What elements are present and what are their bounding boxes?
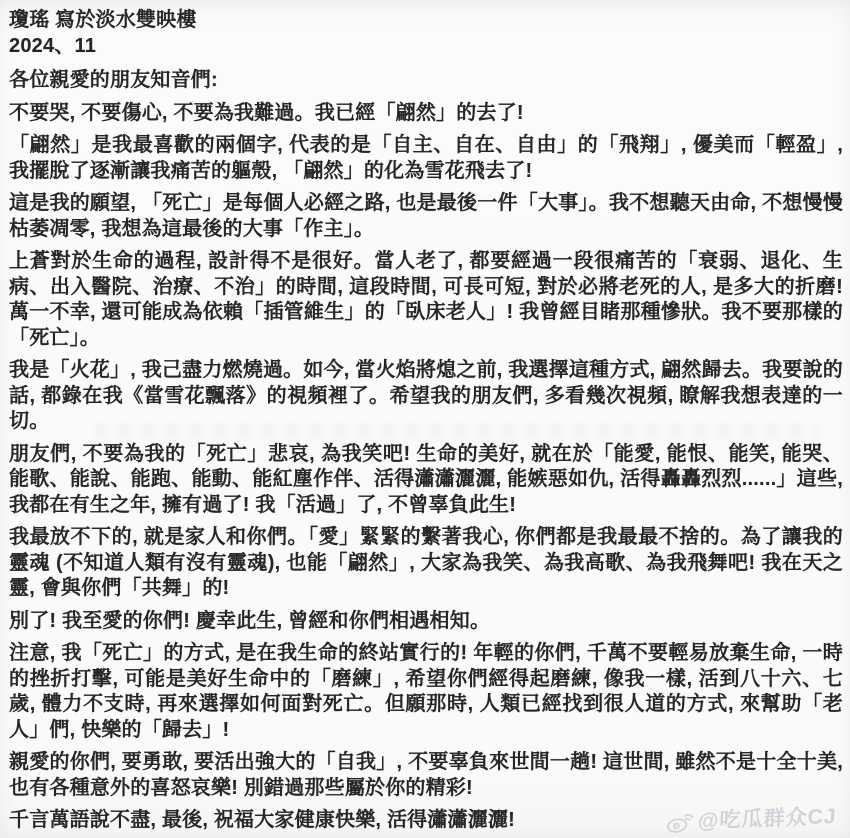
- paragraph-6: 朋友們, 不要為我的「死亡」悲哀, 為我笑吧! 生命的美好, 就在於「能愛, 能…: [9, 442, 843, 519]
- paragraph-2: 「翩然」是我最喜歡的兩個字, 代表的是「自主、自在、自由」的「飛翔」, 優美而「…: [9, 133, 843, 184]
- weibo-icon: [666, 809, 694, 834]
- paragraph-10: 親愛的你們, 要勇敢, 要活出強大的「自我」, 不要辜負來世間一趟! 這世間, …: [9, 750, 843, 801]
- letter-page: 瓊瑤 寫於淡水雙映樓 2024、11 各位親愛的朋友知音們: 不要哭, 不要傷心…: [0, 0, 850, 838]
- date: 2024、11: [9, 34, 843, 60]
- paragraph-3: 這是我的願望, 「死亡」是每個人必經之路, 也是最後一件「大事」。我不想聽天由命…: [9, 191, 843, 242]
- paragraph-8: 別了! 我至愛的你們! 慶幸此生, 曾經和你們相遇相知。: [9, 609, 843, 635]
- paragraph-9: 注意, 我「死亡」的方式, 是在我生命的終站實行的! 年輕的你們, 千萬不要輕易…: [9, 641, 843, 743]
- paragraph-4: 上蒼對於生命的過程, 設計得不是很好。當人老了, 都要經過一段很痛苦的「衰弱、退…: [9, 249, 843, 351]
- byline: 瓊瑤 寫於淡水雙映樓: [9, 8, 843, 34]
- watermark: @吃瓜群众CJ: [666, 804, 837, 835]
- watermark-handle: @吃瓜群众CJ: [697, 804, 837, 834]
- paragraph-5: 我是「火花」, 我己盡力燃燒過。如今, 當火焰將熄之前, 我選擇這種方式, 翩然…: [9, 358, 843, 435]
- paragraph-1: 不要哭, 不要傷心, 不要為我難過。我已經「翩然」的去了!: [9, 101, 843, 127]
- salutation: 各位親愛的朋友知音們:: [9, 68, 843, 94]
- paragraph-7: 我最放不下的, 就是家人和你們。「愛」緊緊的繫著我心, 你們都是我最最不捨的。為…: [9, 525, 843, 602]
